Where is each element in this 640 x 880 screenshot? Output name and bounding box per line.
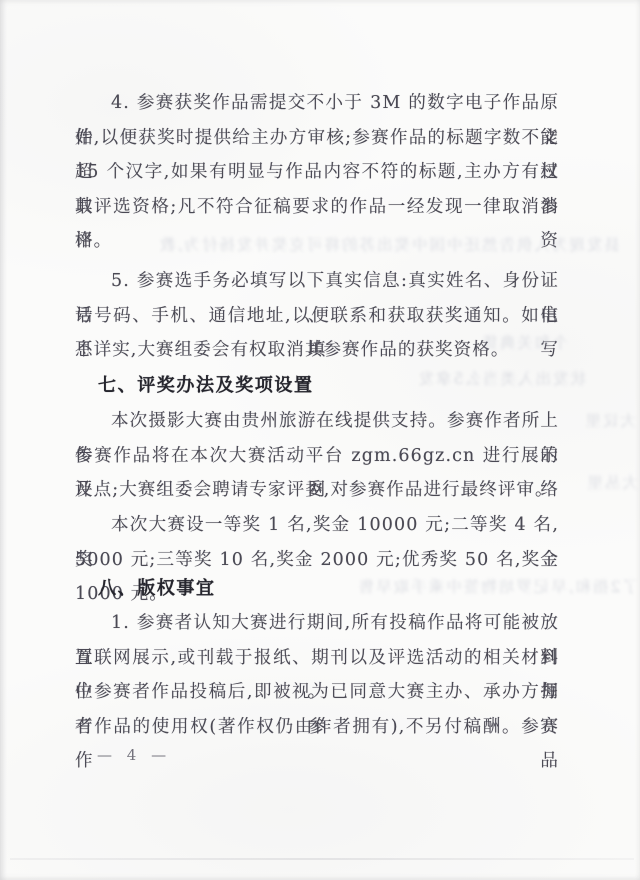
text-line: 互联网展示,或刊载于报纸、期刊以及评选活动的相关材料中。每 — [75, 641, 559, 676]
scanned-document-page: 4. 参赛获奖作品需提交不小于 3M 的数字电子作品原始文 件,以便获奖时提供给… — [0, 0, 640, 880]
text-line: 15 个汉字,如果有明显与作品内容不符的标题,主办方有权取消 — [75, 155, 559, 190]
paragraph-item-5: 5. 参赛选手务必填写以下真实信息:真实姓名、身份证号、电 话号码、手机、通信地… — [75, 264, 559, 368]
heading-text: 七、评奖办法及奖项设置 — [75, 369, 559, 404]
text-line: 话号码、手机、通信地址,以便联系和获取获奖通知。如信息填写 — [75, 299, 559, 334]
paragraph-prizes: 本次大赛设一等奖 1 名,奖金 10000 元;二等奖 4 名,奖金 5000 … — [75, 508, 559, 577]
bleed-through-text: 大议里 — [558, 404, 636, 439]
paragraph-copyright-1: 1. 参赛者认知大赛进行期间,所有投稿作品将可能被放置到 互联网展示,或刊载于报… — [75, 606, 559, 744]
text-line: 位参赛者作品投稿后,即被视为已同意大赛主办、承办方拥有参赛 — [75, 675, 559, 710]
section-heading-copyright: 八、版权事宜 — [75, 572, 559, 607]
text-line: 者作品的使用权(著作权仍由作者拥有),不另付稿酬。参赛作品 — [75, 710, 559, 745]
scan-edge-line — [10, 858, 634, 860]
text-line: 5. 参赛选手务必填写以下真实信息:真实姓名、身份证号、电 — [75, 264, 559, 299]
bleed-through-text: 大丛里 — [583, 466, 638, 501]
section-heading-awards: 七、评奖办法及奖项设置 — [75, 369, 559, 404]
text-line: 本次大赛设一等奖 1 名,奖金 10000 元;二等奖 4 名,奖金 — [75, 508, 559, 543]
paragraph-judging: 本次摄影大赛由贵州旅游在线提供支持。参赛作者所上传的 参赛作品将在本次大赛活动平… — [75, 404, 559, 508]
text-line: 参赛作品将在本次大赛活动平台 zgm.66gz.cn 进行展示及网络 — [75, 439, 559, 474]
text-line: 不详实,大赛组委会有权取消其参赛作品的获奖资格。 — [75, 333, 559, 368]
text-line: 4. 参赛获奖作品需提交不小于 3M 的数字电子作品原始文 — [75, 86, 559, 121]
text-line: 其评选资格;凡不符合征稿要求的作品一经发现一律取消参评资 — [75, 190, 559, 225]
heading-text: 八、版权事宜 — [75, 572, 559, 607]
paragraph-item-4: 4. 参赛获奖作品需提交不小于 3M 的数字电子作品原始文 件,以便获奖时提供给… — [75, 86, 559, 259]
text-line: 件,以便获奖时提供给主办方审核;参赛作品的标题字数不能超过 — [75, 121, 559, 156]
text-line: 本次摄影大赛由贵州旅游在线提供支持。参赛作者所上传的 — [75, 404, 559, 439]
page-number: — 4 — — [97, 746, 171, 764]
text-line: 1. 参赛者认知大赛进行期间,所有投稿作品将可能被放置到 — [75, 606, 559, 641]
scan-edge-left — [0, 0, 7, 880]
text-line: 评点;大赛组委会聘请专家评委,对参赛作品进行最终评审。 — [75, 473, 559, 508]
